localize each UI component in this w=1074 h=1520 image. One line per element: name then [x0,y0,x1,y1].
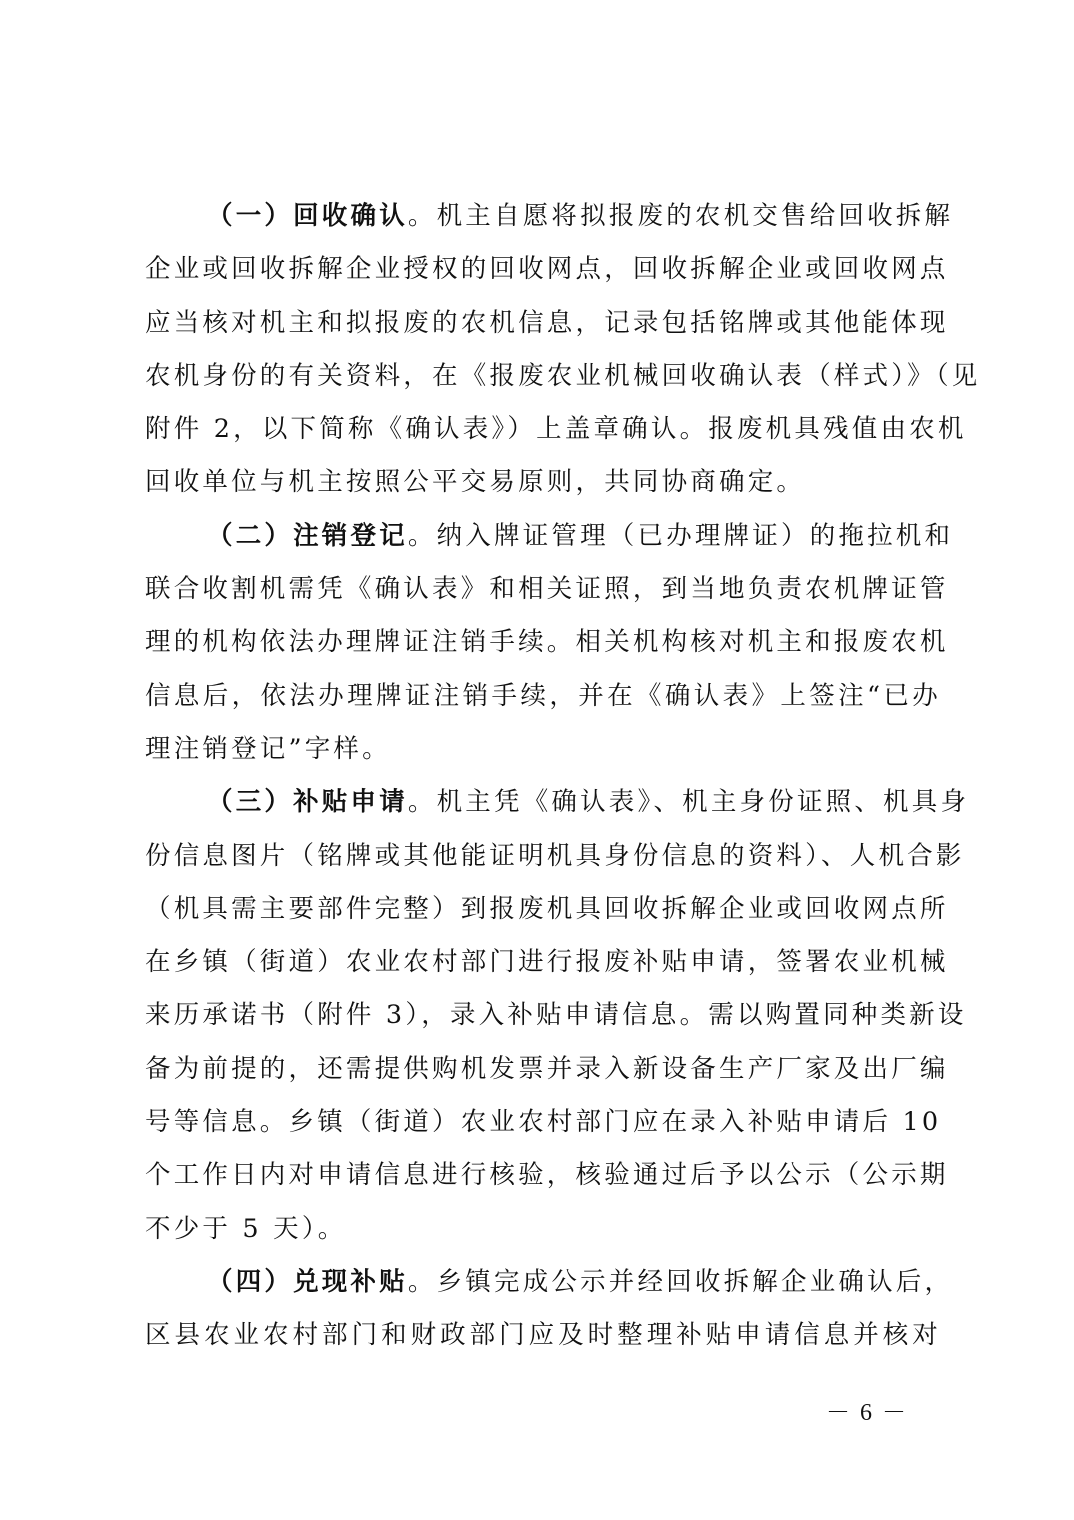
page-number: － 6 － [826,1393,908,1433]
paragraph-text: 。乡镇完成公示并经回收拆解企业确认后， [408,1267,953,1297]
paragraph-line: 回收单位与机主按照公平交易原则，共同协商确定。 [145,456,941,509]
paragraph-text: 。机主自愿将拟报废的农机交售给回收拆解 [408,201,953,231]
section-heading: （二）注销登记 [207,521,408,551]
paragraph-line: 不少于 5 天）。 [145,1203,941,1256]
paragraph-line: 来历承诺书（附件 3），录入补贴申请信息。需以购置同种类新设 [145,989,941,1042]
document-body: （一）回收确认。机主自愿将拟报废的农机交售给回收拆解 企业或回收拆解企业授权的回… [145,190,941,1363]
paragraph-line: （四）兑现补贴。乡镇完成公示并经回收拆解企业确认后， [145,1256,941,1309]
paragraph-line: （机具需主要部件完整）到报废机具回收拆解企业或回收网点所 [145,883,941,936]
paragraph-line: 应当核对机主和拟报废的农机信息，记录包括铭牌或其他能体现 [145,297,941,350]
paragraph-line: 区县农业农村部门和财政部门应及时整理补贴申请信息并核对 [145,1309,941,1362]
paragraph-line: 个工作日内对申请信息进行核验，核验通过后予以公示（公示期 [145,1149,941,1202]
paragraph-line: 信息后，依法办理牌证注销手续，并在《确认表》上签注“已办 [145,670,941,723]
paragraph-line: （三）补贴申请。机主凭《确认表》、机主身份证照、机具身 [145,776,941,829]
paragraph-line: 附件 2，以下简称《确认表》）上盖章确认。报废机具残值由农机 [145,403,941,456]
section-heading: （三）补贴申请 [207,787,408,817]
paragraph-line: 备为前提的，还需提供购机发票并录入新设备生产厂家及出厂编 [145,1043,941,1096]
paragraph-line: 理的机构依法办理牌证注销手续。相关机构核对机主和报废农机 [145,616,941,669]
document-page: （一）回收确认。机主自愿将拟报废的农机交售给回收拆解 企业或回收拆解企业授权的回… [0,0,1074,1520]
paragraph-line: 企业或回收拆解企业授权的回收网点，回收拆解企业或回收网点 [145,243,941,296]
paragraph-line: 号等信息。乡镇（街道）农业农村部门应在录入补贴申请后 10 [145,1096,941,1149]
section-heading: （四）兑现补贴 [207,1267,408,1297]
paragraph-text: 。机主凭《确认表》、机主身份证照、机具身 [408,787,969,817]
paragraph-text: 。纳入牌证管理（已办理牌证）的拖拉机和 [408,521,953,551]
paragraph-line: 理注销登记”字样。 [145,723,941,776]
paragraph-line: 联合收割机需凭《确认表》和相关证照，到当地负责农机牌证管 [145,563,941,616]
paragraph-line: 在乡镇（街道）农业农村部门进行报废补贴申请，签署农业机械 [145,936,941,989]
section-heading: （一）回收确认 [207,201,408,231]
paragraph-line: 份信息图片（铭牌或其他能证明机具身份信息的资料）、人机合影 [145,830,941,883]
paragraph-line: （二）注销登记。纳入牌证管理（已办理牌证）的拖拉机和 [145,510,941,563]
paragraph-line: 农机身份的有关资料，在《报废农业机械回收确认表（样式）》（见 [145,350,941,403]
paragraph-line: （一）回收确认。机主自愿将拟报废的农机交售给回收拆解 [145,190,941,243]
